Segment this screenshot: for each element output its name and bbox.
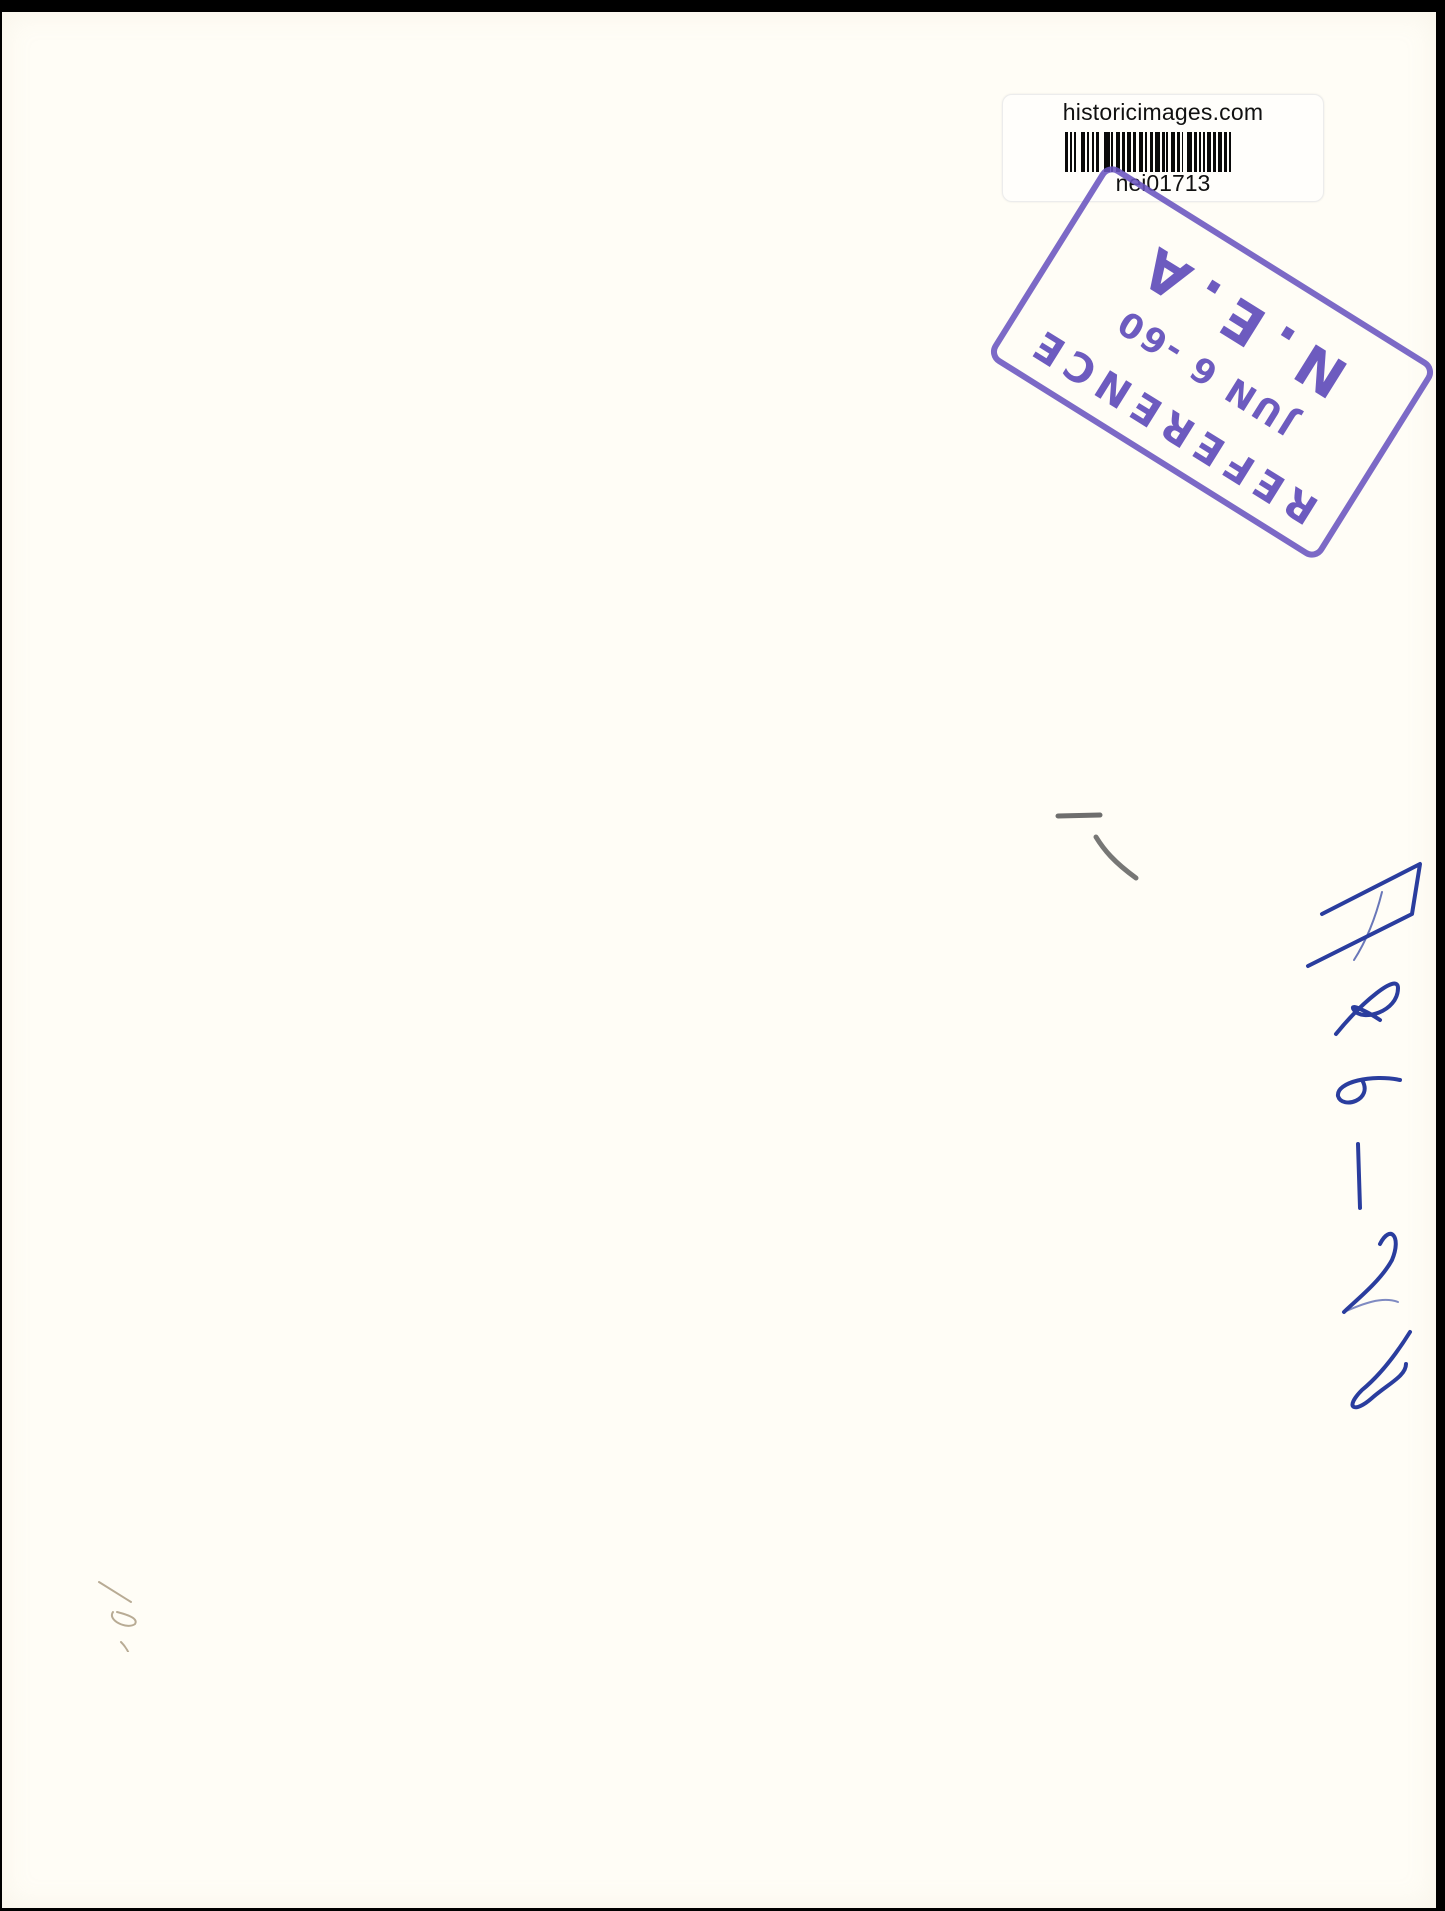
photo-back-paper: historicimages.com nei01713 REFERENCE JU… xyxy=(2,12,1436,1908)
pencil-check-mark-icon xyxy=(1052,802,1142,882)
reference-stamp: REFERENCE JUN 6 -60 N.E.A xyxy=(986,161,1439,563)
barcode-icon xyxy=(1065,132,1309,172)
label-site-text: historicimages.com xyxy=(1003,99,1323,126)
label-id-text: nei01713 xyxy=(1003,170,1323,197)
handwritten-code-icon xyxy=(1302,852,1445,1532)
barcode-label: historicimages.com nei01713 xyxy=(1002,94,1324,202)
pencil-note-icon xyxy=(87,1572,147,1652)
